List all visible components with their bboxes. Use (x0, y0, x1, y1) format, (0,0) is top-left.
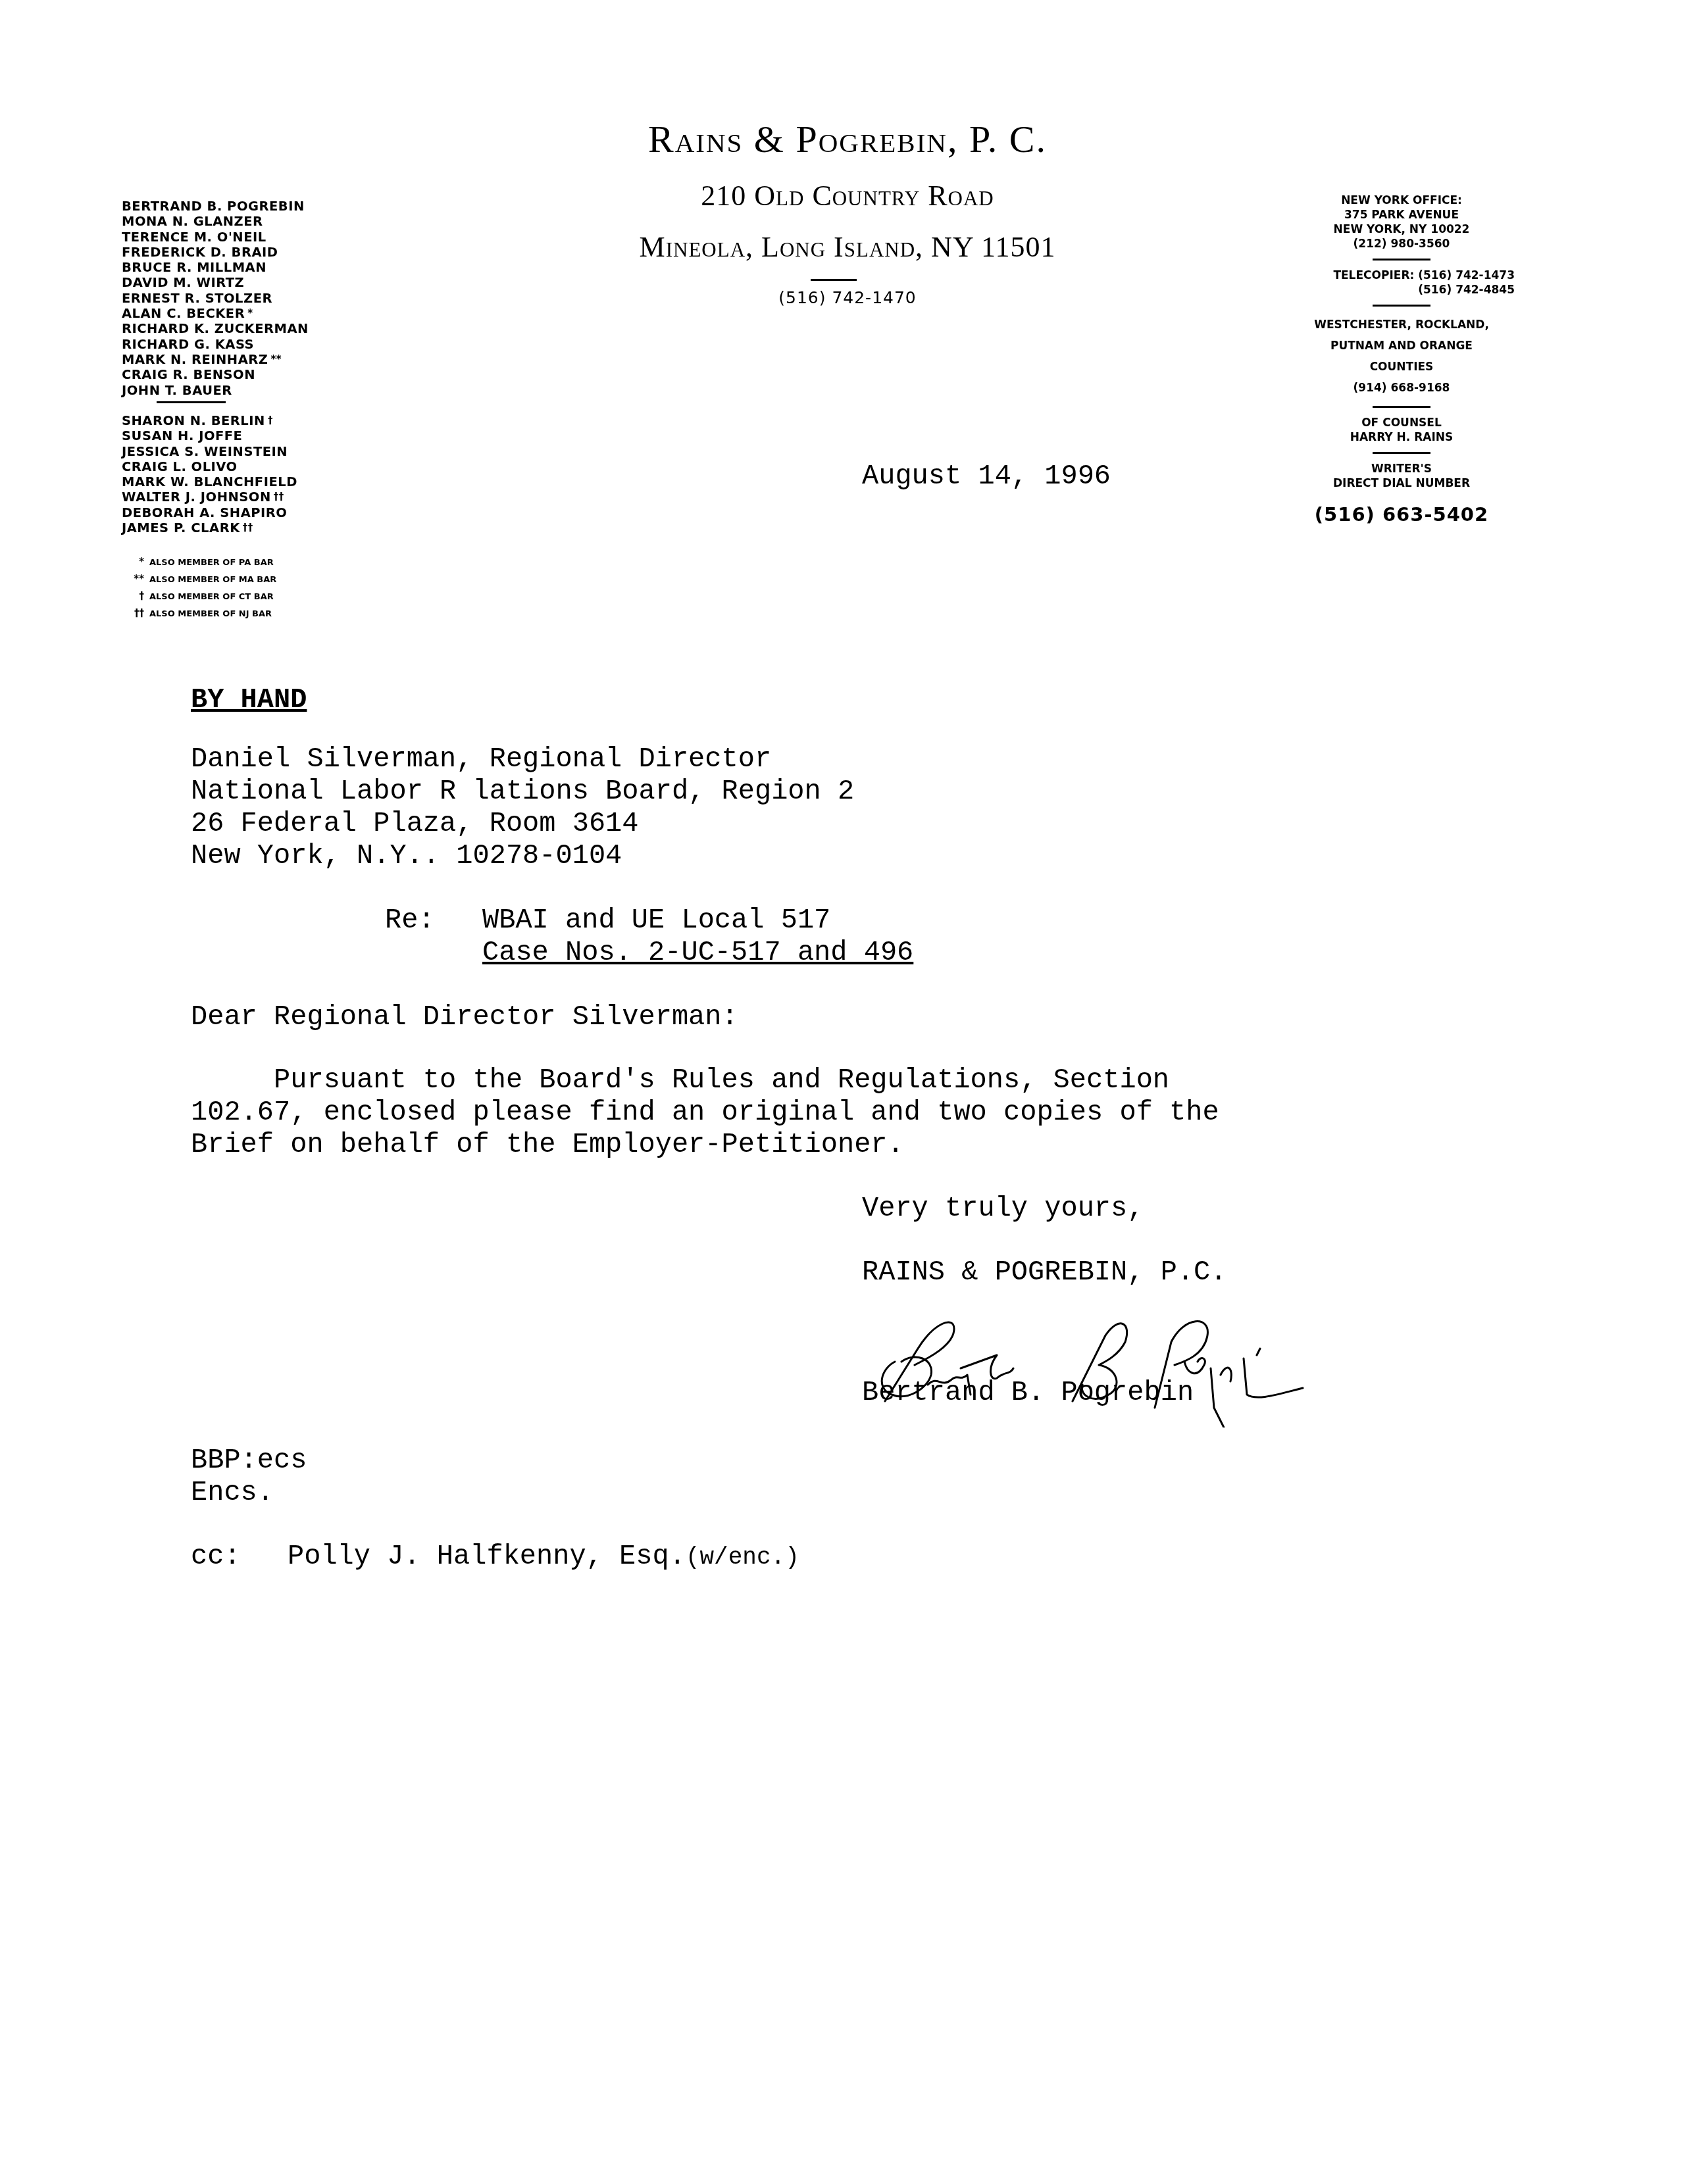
bar-note-symbol: † (122, 588, 144, 604)
delivery-method: BY HAND (191, 684, 307, 716)
ny-office-street: 375 Park Avenue (1277, 208, 1527, 222)
paragraph-line: Pursuant to the Board's Rules and Regula… (191, 1064, 1219, 1097)
partner-item: David M. Wirtz (122, 275, 309, 290)
partner-item: Craig R. Benson (122, 367, 309, 382)
cc-note: (w/enc.) (686, 1544, 799, 1571)
right-divider (1373, 452, 1430, 454)
associate-item: James P. Clark†† (122, 520, 297, 535)
paragraph-line: Brief on behalf of the Employer-Petition… (191, 1129, 1219, 1161)
enclosures: Encs. (191, 1477, 274, 1509)
bar-note-symbol: ** (122, 571, 144, 587)
direct-dial-label-1: Writer's (1277, 462, 1527, 476)
attorney-name: Sharon N. Berlin (122, 413, 265, 428)
salutation: Dear Regional Director Silverman: (191, 1001, 738, 1033)
cc-label: cc: (191, 1541, 241, 1573)
recipient-line: Daniel Silverman, Regional Director (191, 743, 854, 776)
attorney-name: Richard K. Zuckerman (122, 321, 309, 336)
associate-item: Craig L. Olivo (122, 459, 297, 474)
body-paragraph: Pursuant to the Board's Rules and Regula… (191, 1064, 1219, 1161)
cc-name: Polly J. Halfkenny, Esq. (288, 1541, 686, 1572)
partners-list: Bertrand B. PogrebinMona N. GlanzerTeren… (122, 199, 309, 398)
attorney-name: John T. Bauer (122, 383, 232, 398)
partner-item: Terence M. O'Neil (122, 230, 309, 245)
bar-mark: †† (243, 522, 253, 534)
bar-note-text: Also member of PA Bar (149, 558, 274, 568)
telecopier-number: Telecopier: (516) 742-1473 (1277, 268, 1527, 283)
ny-office-label: New York Office: (1277, 193, 1527, 208)
direct-dial-number: (516) 663-5402 (1277, 503, 1527, 526)
direct-dial-label-2: Direct Dial Number (1277, 476, 1527, 491)
counties-line-2: Putnam and Orange (1277, 335, 1527, 357)
recipient-line: National Labor R lations Board, Region 2 (191, 776, 854, 808)
attorney-name: Walter J. Johnson (122, 489, 271, 505)
attorney-name: Alan C. Becker (122, 306, 245, 321)
paragraph-line: 102.67, enclosed please find an original… (191, 1097, 1219, 1129)
attorney-name: Bertrand B. Pogrebin (122, 199, 305, 214)
bar-mark: * (247, 307, 253, 319)
attorney-name: Frederick D. Braid (122, 245, 278, 260)
bar-note: ††Also member of NJ Bar (122, 605, 276, 622)
bar-mark: † (268, 414, 273, 426)
closing: Very truly yours, (862, 1193, 1144, 1225)
bar-note: *Also member of PA Bar (122, 554, 276, 571)
partner-item: Frederick D. Braid (122, 245, 309, 260)
right-divider (1373, 406, 1430, 408)
bar-note-text: Also member of NJ Bar (149, 609, 272, 619)
associate-item: Susan H. Joffe (122, 428, 297, 443)
of-counsel-name: Harry H. Rains (1277, 430, 1527, 445)
recipient-line: New York, N.Y.. 10278-0104 (191, 840, 854, 872)
bar-membership-notes: *Also member of PA Bar**Also member of M… (122, 554, 276, 622)
partner-item: Bruce R. Millman (122, 260, 309, 275)
firm-name: Rains & Pogrebin, P. C. (0, 117, 1695, 161)
partner-item: Ernest R. Stolzer (122, 291, 309, 306)
bar-note: **Also member of MA Bar (122, 571, 276, 588)
counties-office: Westchester, Rockland, Putnam and Orange… (1277, 314, 1527, 399)
office-info-column: New York Office: 375 Park Avenue New Yor… (1277, 193, 1527, 526)
counties-phone: (914) 668-9168 (1277, 378, 1527, 399)
associate-item: Mark W. Blanchfield (122, 474, 297, 489)
recipient-address: Daniel Silverman, Regional DirectorNatio… (191, 743, 854, 872)
partner-item: Richard G. Kass (122, 337, 309, 352)
bar-mark: ** (270, 353, 282, 365)
letterhead-divider (811, 279, 857, 281)
ny-office-phone: (212) 980-3560 (1277, 237, 1527, 251)
attorney-name: Mona N. Glanzer (122, 214, 263, 229)
associate-item: Deborah A. Shapiro (122, 505, 297, 520)
right-divider (1373, 259, 1430, 261)
attorney-name: James P. Clark (122, 520, 240, 535)
case-numbers: Case Nos. 2-UC-517 and 496 (482, 937, 913, 969)
associates-list: Sharon N. Berlin†Susan H. JoffeJessica S… (122, 413, 297, 535)
cc-recipient: Polly J. Halfkenny, Esq.(w/enc.) (288, 1541, 799, 1574)
counties-line-1: Westchester, Rockland, (1277, 314, 1527, 335)
bar-mark: †† (274, 491, 284, 503)
bar-note-text: Also member of CT Bar (149, 592, 274, 602)
partners-divider (157, 401, 226, 403)
bar-note-text: Also member of MA Bar (149, 575, 276, 585)
attorney-name: David M. Wirtz (122, 275, 244, 290)
attorney-name: Bruce R. Millman (122, 260, 266, 275)
right-divider (1373, 305, 1430, 307)
partner-item: Bertrand B. Pogrebin (122, 199, 309, 214)
bar-note-symbol: †† (122, 605, 144, 621)
attorney-name: Terence M. O'Neil (122, 230, 266, 245)
telecopier-number-2: (516) 742-4845 (1277, 283, 1527, 297)
partner-item: Mark N. Reinharz** (122, 352, 309, 367)
bar-note-symbol: * (122, 554, 144, 570)
signature-firm: RAINS & POGREBIN, P.C. (862, 1256, 1227, 1289)
associate-item: Jessica S. Weinstein (122, 444, 297, 459)
signer-name: Bertrand B. Pogrebin (862, 1377, 1194, 1409)
ny-office-city: New York, NY 10022 (1277, 222, 1527, 237)
of-counsel-label: Of Counsel (1277, 416, 1527, 430)
recipient-line: 26 Federal Plaza, Room 3614 (191, 808, 854, 840)
partner-item: Mona N. Glanzer (122, 214, 309, 229)
partner-item: Richard K. Zuckerman (122, 321, 309, 336)
attorney-name: Richard G. Kass (122, 337, 254, 352)
attorney-name: Mark W. Blanchfield (122, 474, 297, 489)
re-subject: WBAI and UE Local 517 (482, 905, 830, 937)
attorney-name: Ernest R. Stolzer (122, 291, 272, 306)
attorney-name: Craig L. Olivo (122, 459, 238, 474)
associate-item: Walter J. Johnson†† (122, 489, 297, 505)
partner-item: Alan C. Becker* (122, 306, 309, 321)
attorney-name: Deborah A. Shapiro (122, 505, 287, 520)
attorney-name: Jessica S. Weinstein (122, 444, 288, 459)
typist-initials: BBP:ecs (191, 1445, 307, 1477)
counties-line-3: Counties (1277, 357, 1527, 378)
attorney-name: Craig R. Benson (122, 367, 255, 382)
bar-note: †Also member of CT Bar (122, 588, 276, 605)
partner-item: John T. Bauer (122, 383, 309, 398)
attorney-name: Mark N. Reinharz (122, 352, 268, 367)
re-label: Re: (385, 905, 435, 937)
attorney-name: Susan H. Joffe (122, 428, 242, 443)
associate-item: Sharon N. Berlin† (122, 413, 297, 428)
letter-date: August 14, 1996 (862, 460, 1111, 493)
